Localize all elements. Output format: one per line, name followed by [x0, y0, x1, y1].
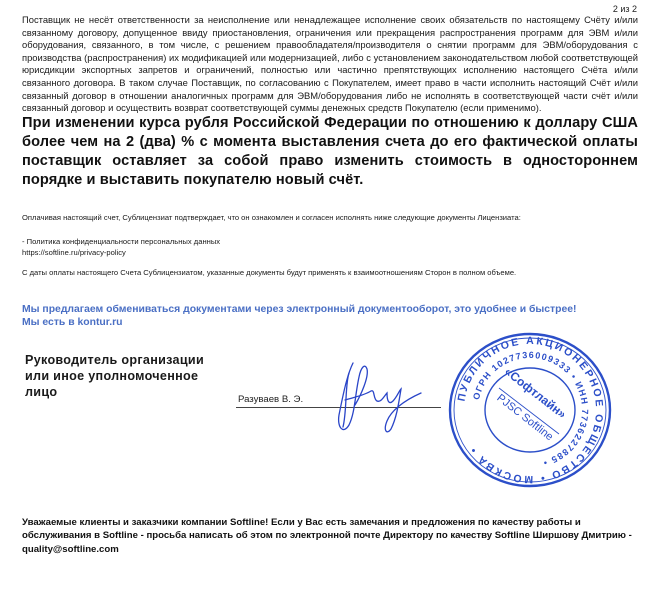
liability-paragraph: Поставщик не несёт ответственности за не… [22, 14, 638, 115]
edo-notice-line1: Мы предлагаем обмениваться документами ч… [22, 303, 577, 316]
signer-name: Разуваев В. Э. [238, 394, 303, 405]
quality-feedback-footer: Уважаемые клиенты и заказчики компании S… [22, 516, 642, 556]
role-line: Руководитель организации [25, 352, 204, 368]
edo-notice-line2[interactable]: Мы есть в kontur.ru [22, 316, 577, 329]
signatory-role: Руководитель организации или иное уполно… [25, 352, 204, 400]
role-line: лицо [25, 384, 204, 400]
role-line: или иное уполномоченное [25, 368, 204, 384]
company-stamp-icon: ПУБЛИЧНОЕ АКЦИОНЕРНОЕ ОБЩЕСТВО • МОСКВА … [441, 330, 619, 490]
page-number: 2 из 2 [613, 4, 637, 14]
document-item-url[interactable]: https://softline.ru/privacy-policy [22, 248, 126, 258]
documents-effect: С даты оплаты настоящего Счета Сублиценз… [22, 268, 516, 278]
document-item-title: - Политика конфиденциальности персональн… [22, 237, 220, 247]
edo-notice: Мы предлагаем обмениваться документами ч… [22, 303, 577, 329]
documents-intro: Оплачивая настоящий счет, Сублицензиат п… [22, 213, 521, 223]
handwritten-signature-icon [325, 355, 425, 440]
exchange-rate-notice: При изменении курса рубля Российской Фед… [22, 114, 638, 190]
